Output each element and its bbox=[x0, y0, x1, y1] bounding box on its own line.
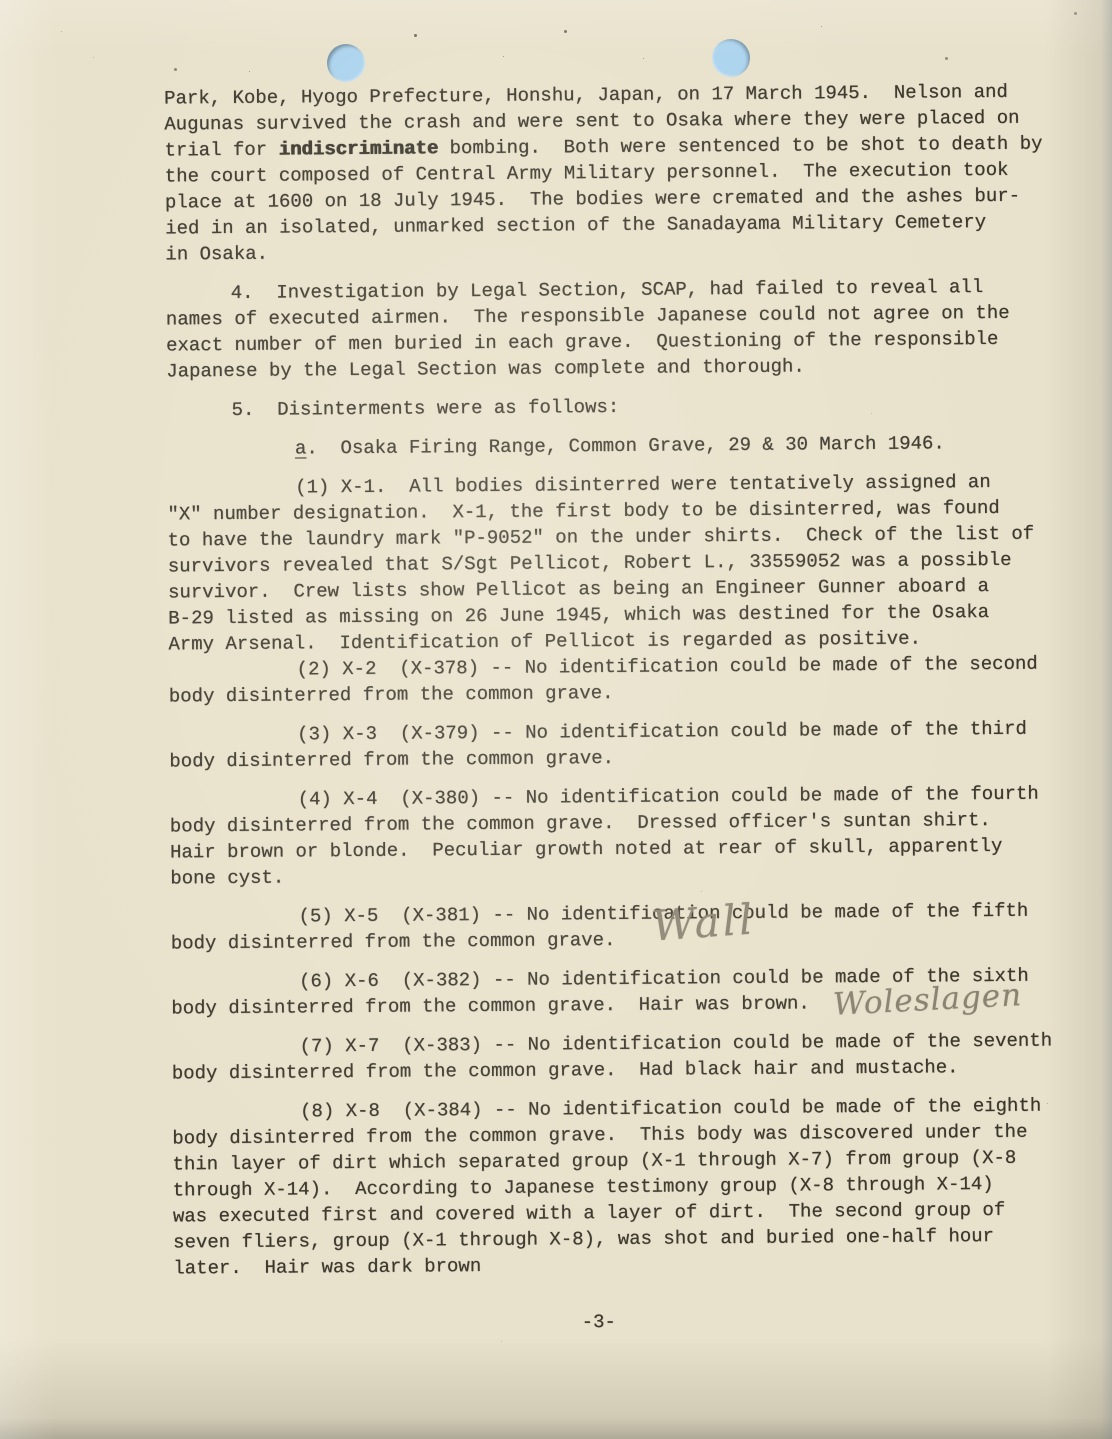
item-5: (5) X-5 (X-381) -- No identification cou… bbox=[170, 897, 1082, 956]
overstruck-word: indiscriminate bbox=[278, 137, 438, 160]
page-number: -3- bbox=[174, 1306, 1024, 1339]
document-body: Park, Kobe, Hyogo Prefecture, Honshu, Ja… bbox=[0, 0, 1112, 1340]
paragraph-4: 4. Investigation by Legal Section, SCAP,… bbox=[166, 273, 1079, 384]
handwritten-annotation-wall: Wall bbox=[650, 894, 757, 950]
punch-hole-right bbox=[712, 39, 750, 77]
punch-hole-left bbox=[327, 44, 365, 82]
item-a-label: a bbox=[295, 437, 307, 459]
item-a: a. Osaka Firing Range, Common Grave, 29 … bbox=[167, 429, 1079, 462]
item-2: (2) X-2 (X-378) -- No identification cou… bbox=[169, 650, 1081, 709]
scanned-page: Park, Kobe, Hyogo Prefecture, Honshu, Ja… bbox=[0, 0, 1112, 1439]
item-a-text: . Osaka Firing Range, Common Grave, 29 &… bbox=[306, 432, 945, 459]
paragraph-continuation: Park, Kobe, Hyogo Prefecture, Honshu, Ja… bbox=[164, 78, 1077, 267]
item-8: (8) X-8 (X-384) -- No identification cou… bbox=[172, 1092, 1085, 1281]
item-4: (4) X-4 (X-380) -- No identification cou… bbox=[170, 780, 1083, 891]
item-3: (3) X-3 (X-379) -- No identification cou… bbox=[169, 715, 1081, 774]
paper-specks bbox=[0, 0, 3, 3]
item-1: (1) X-1. All bodies disinterred were ten… bbox=[167, 468, 1080, 657]
item-7: (7) X-7 (X-383) -- No identification cou… bbox=[171, 1027, 1083, 1086]
paragraph-5: 5. Disinterments were as follows: bbox=[166, 390, 1078, 423]
